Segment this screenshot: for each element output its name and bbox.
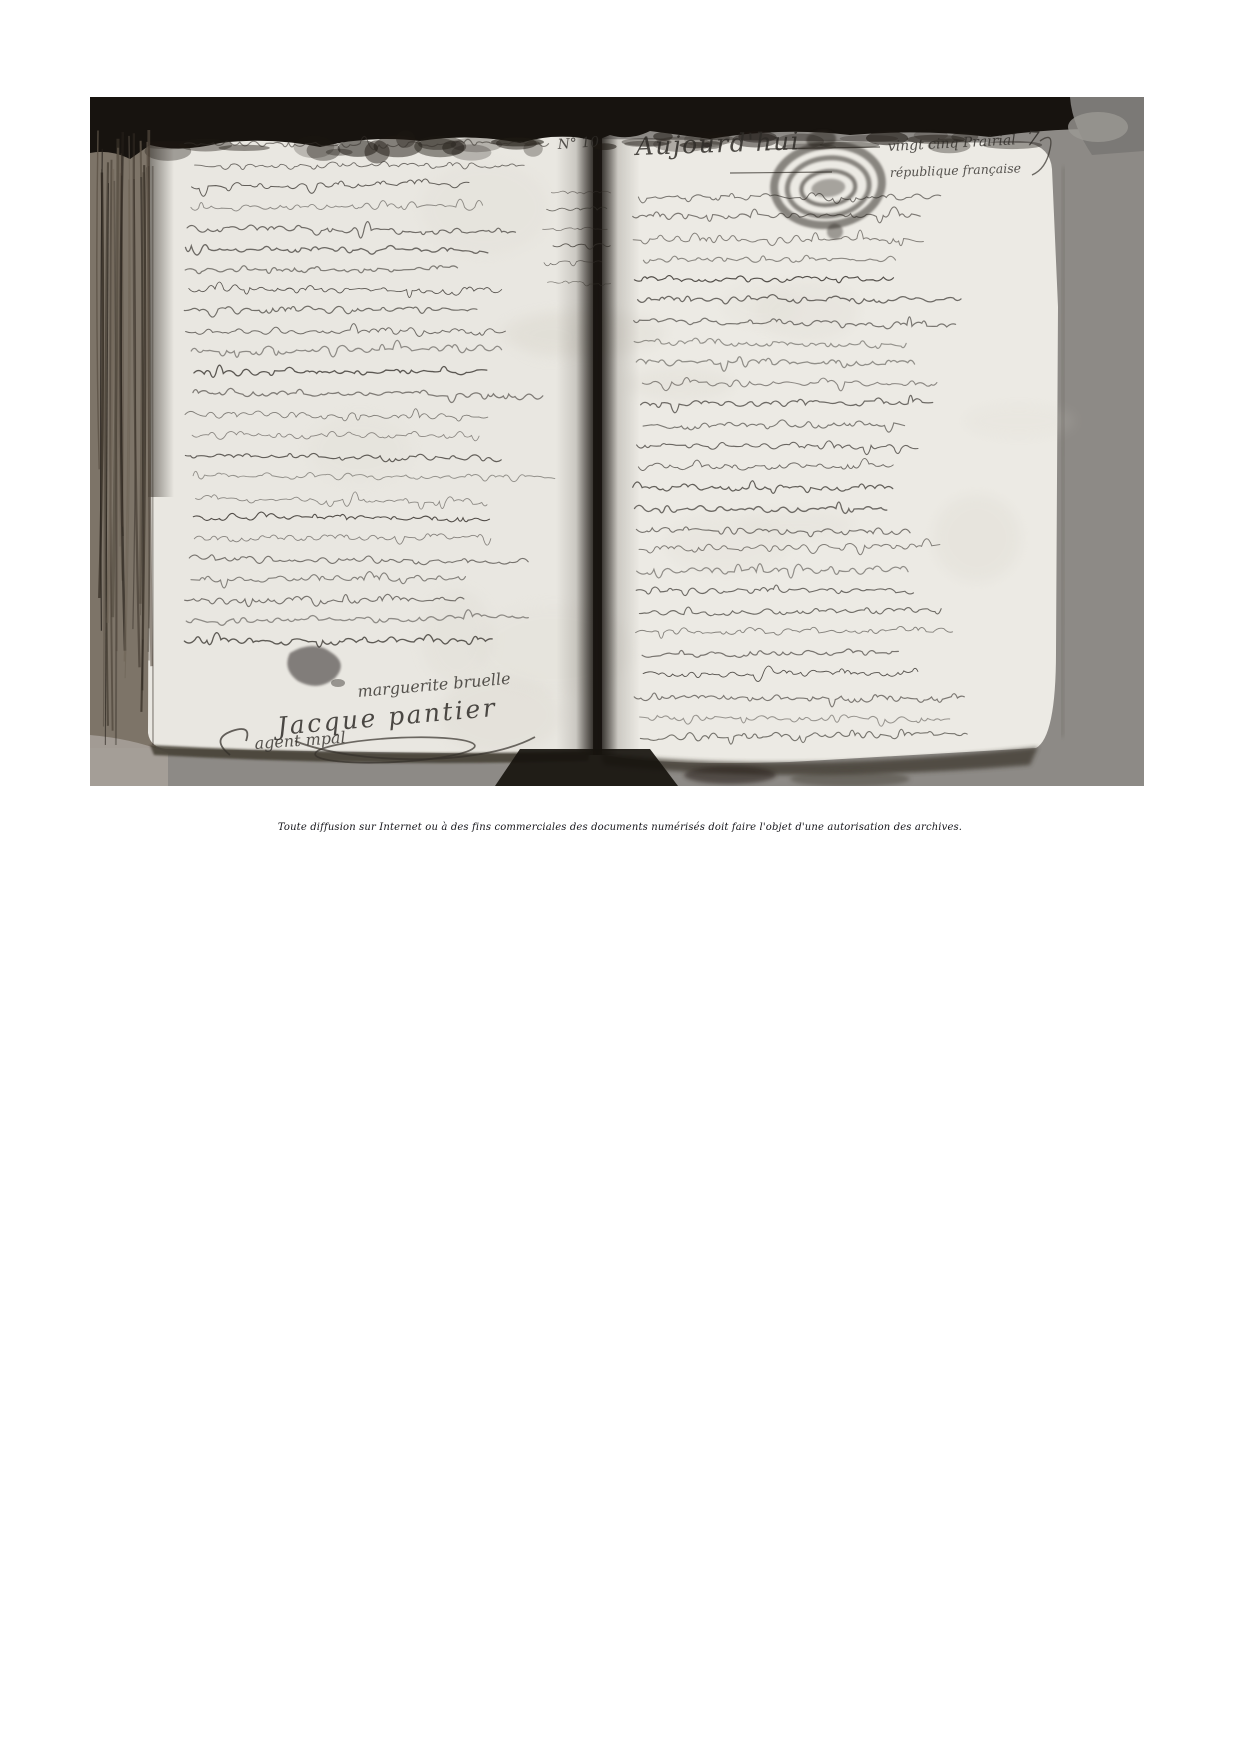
register-scan-canvas: N° 10 Aujourd'hui vingt cinq Prairial ré… xyxy=(90,97,1144,786)
opening-word: Aujourd'hui xyxy=(633,126,801,161)
register-scan-photo: N° 10 Aujourd'hui vingt cinq Prairial ré… xyxy=(90,97,1144,786)
gutter-bottom-shadow xyxy=(495,749,678,786)
top-right-light-blob xyxy=(1068,112,1128,142)
folio-label: N° 10 xyxy=(556,134,600,153)
folio-number: 7 xyxy=(1026,126,1041,151)
book-gutter-core xyxy=(593,133,602,755)
bottom-blotch-1 xyxy=(684,766,776,784)
right-page-outer-edge-shadow xyxy=(1062,167,1064,737)
archive-usage-caption: Toute diffusion sur Internet ou à des fi… xyxy=(0,822,1240,833)
